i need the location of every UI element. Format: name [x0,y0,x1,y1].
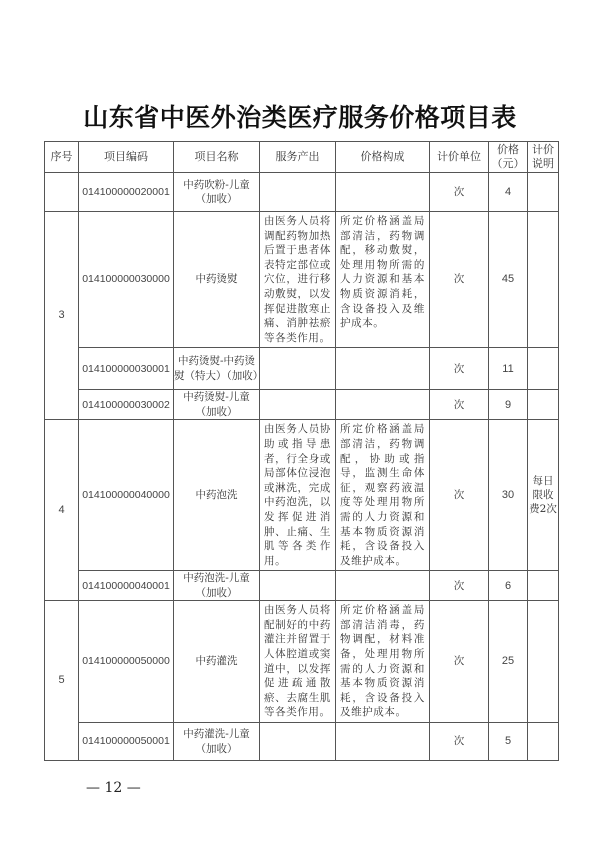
cell-unit: 次 [430,601,489,723]
cell-price: 5 [489,723,528,761]
cell-composition [336,571,430,601]
cell-note [528,390,559,420]
cell-code: 014100000030001 [79,348,174,390]
cell-note [528,601,559,723]
page-number: — 12 — [86,780,141,796]
header-name: 项目名称 [174,142,260,173]
cell-name: 中药烫熨 [174,212,260,348]
cell-unit: 次 [430,390,489,420]
cell-output [260,173,336,212]
cell-name: 中药泡洗-儿童（加收） [174,571,260,601]
page-title: 山东省中医外治类医疗服务价格项目表 [0,98,600,134]
cell-code: 014100000020001 [79,173,174,212]
table-header-row: 序号 项目编码 项目名称 服务产出 价格构成 计价单位 价格（元） 计价说明 [45,142,559,173]
cell-output [260,723,336,761]
header-price: 价格（元） [489,142,528,173]
cell-name: 中药烫熨-中药烫熨（特大）（加收） [174,348,260,390]
cell-note: 每日限收费2次 [528,420,559,571]
cell-seq: 4 [45,420,79,601]
cell-composition [336,723,430,761]
cell-seq: 5 [45,601,79,761]
cell-price: 45 [489,212,528,348]
cell-composition [336,390,430,420]
cell-unit: 次 [430,212,489,348]
cell-unit: 次 [430,348,489,390]
header-composition: 价格构成 [336,142,430,173]
table-row: 014100000050001 中药灌洗-儿童（加收） 次 5 [45,723,559,761]
cell-code: 014100000030002 [79,390,174,420]
cell-code: 014100000050001 [79,723,174,761]
header-note: 计价说明 [528,142,559,173]
cell-name: 中药灌洗-儿童（加收） [174,723,260,761]
cell-code: 014100000030000 [79,212,174,348]
cell-output [260,348,336,390]
table-row: 014100000020001 中药吹粉-儿童（加收） 次 4 [45,173,559,212]
cell-code: 014100000040001 [79,571,174,601]
cell-note [528,723,559,761]
cell-composition: 所定价格涵盖局部清洁，药物调配，协助或指导，监测生命体征，观察药液温度等处理用物… [336,420,430,571]
table-row: 5 014100000050000 中药灌洗 由医务人员将配制好的中药灌注并留置… [45,601,559,723]
cell-output [260,571,336,601]
table-row: 014100000040001 中药泡洗-儿童（加收） 次 6 [45,571,559,601]
cell-name: 中药灌洗 [174,601,260,723]
cell-name: 中药烫熨-儿童（加收） [174,390,260,420]
cell-output: 由医务人员将调配药物加热后置于患者体表特定部位或穴位，进行移动敷熨，以发挥促进散… [260,212,336,348]
cell-output: 由医务人员将配制好的中药灌注并留置于人体腔道或窦道中，以发挥促进疏通散瘀、去腐生… [260,601,336,723]
header-unit: 计价单位 [430,142,489,173]
cell-price: 11 [489,348,528,390]
header-output: 服务产出 [260,142,336,173]
cell-unit: 次 [430,173,489,212]
cell-unit: 次 [430,571,489,601]
table-row: 014100000030002 中药烫熨-儿童（加收） 次 9 [45,390,559,420]
table-row: 014100000030001 中药烫熨-中药烫熨（特大）（加收） 次 11 [45,348,559,390]
cell-price: 30 [489,420,528,571]
cell-composition: 所定价格涵盖局部清洁消毒，药物调配，材料准备，处理用物所需的人力资源和基本物质资… [336,601,430,723]
table-row: 4 014100000040000 中药泡洗 由医务人员协助或指导患者，行全身或… [45,420,559,571]
cell-code: 014100000050000 [79,601,174,723]
cell-note [528,173,559,212]
cell-composition [336,348,430,390]
cell-output: 由医务人员协助或指导患者，行全身或局部体位浸泡或淋洗，完成中药泡洗，以发挥促进消… [260,420,336,571]
header-seq: 序号 [45,142,79,173]
cell-note [528,212,559,348]
cell-seq [45,173,79,212]
cell-composition [336,173,430,212]
cell-seq: 3 [45,212,79,420]
cell-unit: 次 [430,723,489,761]
price-table: 序号 项目编码 项目名称 服务产出 价格构成 计价单位 价格（元） 计价说明 0… [44,141,559,761]
header-code: 项目编码 [79,142,174,173]
cell-name: 中药吹粉-儿童（加收） [174,173,260,212]
cell-price: 25 [489,601,528,723]
cell-composition: 所定价格涵盖局部清洁，药物调配，移动敷熨，处理用物所需的人力资源和基本物质资源消… [336,212,430,348]
cell-unit: 次 [430,420,489,571]
cell-name: 中药泡洗 [174,420,260,571]
cell-price: 6 [489,571,528,601]
cell-code: 014100000040000 [79,420,174,571]
cell-price: 9 [489,390,528,420]
cell-note [528,571,559,601]
cell-note [528,348,559,390]
cell-price: 4 [489,173,528,212]
cell-output [260,390,336,420]
table-row: 3 014100000030000 中药烫熨 由医务人员将调配药物加热后置于患者… [45,212,559,348]
